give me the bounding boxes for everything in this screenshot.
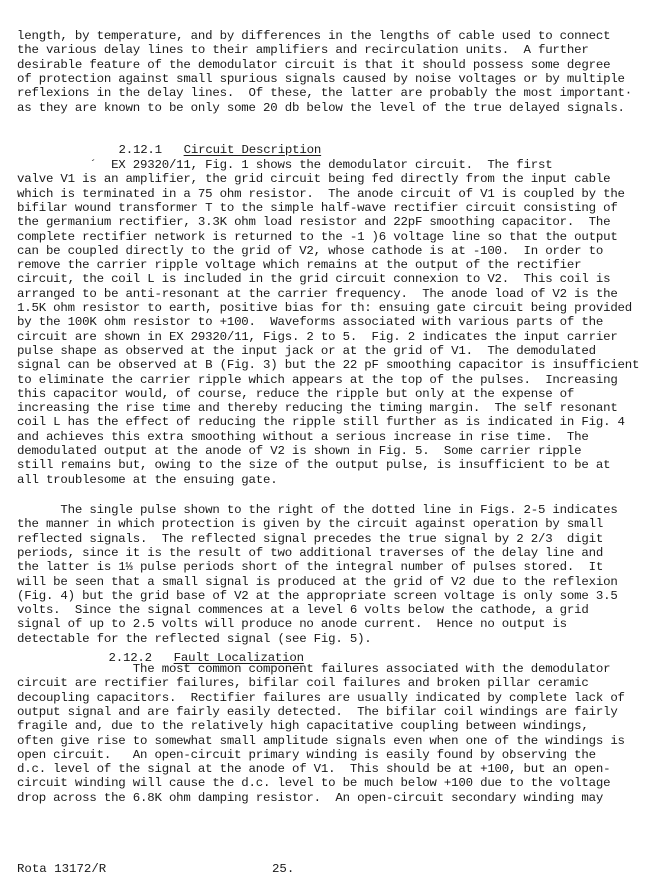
text-line: as they are known to be only some 20 db …	[17, 101, 625, 115]
text-line: this capacitor would, of course, reduce …	[17, 387, 574, 401]
text-line: The single pulse shown to the right of t…	[17, 503, 618, 517]
section-title: Fault Localization	[174, 651, 304, 665]
text-line: 1.5K ohm resistor to earth, positive bia…	[17, 301, 632, 315]
text-line: and achieves this extra smoothing withou…	[17, 430, 589, 444]
section-number: 2.12.1	[118, 143, 161, 157]
text-line: (Fig. 4) but the grid base of V2 at the …	[17, 589, 618, 603]
page-number: 25.	[272, 862, 294, 876]
text-line: pulse shape as observed at the input jac…	[17, 344, 596, 358]
section-heading-fault-localization: 2.12.2 Fault Localization	[94, 637, 304, 665]
text-line: arranged to be anti-resonant at the carr…	[17, 287, 618, 301]
text-line: desirable feature of the demodulator cir…	[17, 58, 610, 72]
text-line: decoupling capacitors. Rectifier failure…	[17, 691, 625, 705]
text-line: circuit are rectifier failures, bifilar …	[17, 676, 589, 690]
document-reference: Rota 13172/R	[17, 862, 106, 876]
text-line: circuit, the coil L is included in the g…	[17, 272, 610, 286]
text-line: signal can be observed at B (Fig. 3) but…	[17, 358, 639, 372]
text-line: valve V1 is an amplifier, the grid circu…	[17, 172, 610, 186]
text-line: the germanium rectifier, 3.3K ohm load r…	[17, 215, 610, 229]
text-line: circuit winding will cause the d.c. leve…	[17, 776, 610, 790]
text-line: reflected signals. The reflected signal …	[17, 532, 603, 546]
text-line: the various delay lines to their amplifi…	[17, 43, 589, 57]
text-line: can be coupled directly to the grid of V…	[17, 244, 603, 258]
section-number: 2.12.2	[108, 651, 151, 665]
text-line: bifilar wound transformer T to the simpl…	[17, 201, 618, 215]
text-line: will be seen that a small signal is prod…	[17, 575, 618, 589]
text-line: circuit are shown in EX 29320/11, Figs. …	[17, 330, 618, 344]
text-line: still remains but, owing to the size of …	[17, 458, 610, 472]
text-line: the manner in which protection is given …	[17, 517, 603, 531]
text-line: remove the carrier ripple voltage which …	[17, 258, 581, 272]
text-line: coil L has the effect of reducing the ri…	[17, 415, 625, 429]
text-line: fragile and, due to the relatively high …	[17, 719, 589, 733]
section-title: Circuit Description	[184, 143, 321, 157]
text-line: by the 100K ohm resistor to +100. Wavefo…	[17, 315, 603, 329]
text-line: to eliminate the carrier ripple which ap…	[17, 373, 618, 387]
text-line: complete rectifier network is returned t…	[17, 230, 618, 244]
text-line: increasing the rise time and thereby red…	[17, 401, 618, 415]
text-line: drop across the 6.8K ohm damping resisto…	[17, 791, 603, 805]
text-line: of protection against small spurious sig…	[17, 72, 625, 86]
text-line: open circuit. An open-circuit primary wi…	[17, 748, 596, 762]
text-line: which is terminated in a 75 ohm resistor…	[17, 187, 625, 201]
text-line: output signal and are fairly easily dete…	[17, 705, 618, 719]
text-line: all troublesome at the ensuing gate.	[17, 473, 277, 487]
text-line: d.c. level of the signal at the anode of…	[17, 762, 610, 776]
text-line: ´ EX 29320/11, Fig. 1 shows the demodula…	[17, 158, 552, 172]
text-line: demodulated output at the anode of V2 is…	[17, 444, 581, 458]
text-line: length, by temperature, and by differenc…	[17, 29, 610, 43]
text-line: volts. Since the signal commences at a l…	[17, 603, 589, 617]
text-line: the latter is 1⅓ pulse periods short of …	[17, 560, 603, 574]
text-line: reflexions in the delay lines. Of these,…	[17, 86, 632, 100]
section-heading-circuit-description: 2.12.1 Circuit Description	[104, 129, 321, 157]
text-line: signal of up to 2.5 volts will produce n…	[17, 617, 567, 631]
text-line: often give rise to somewhat small amplit…	[17, 734, 625, 748]
text-line: periods, since it is the result of two a…	[17, 546, 603, 560]
